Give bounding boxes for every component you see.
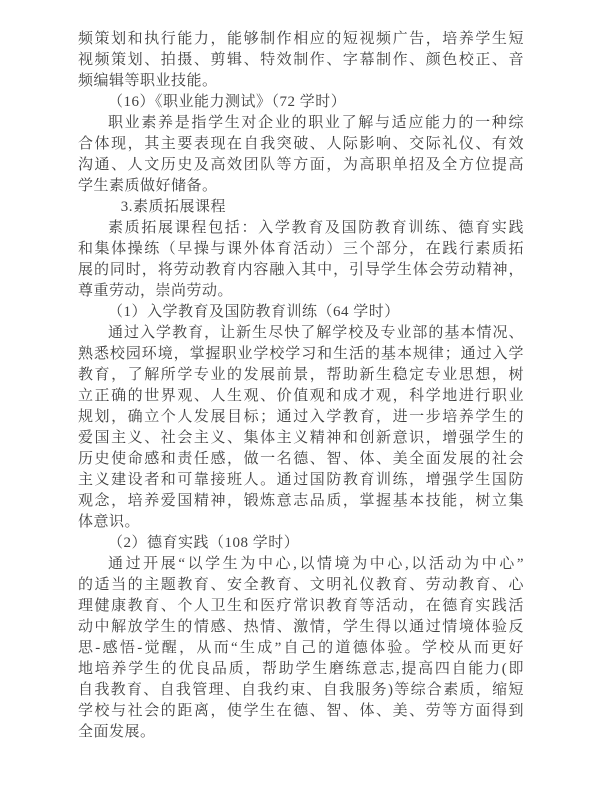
text-line: 素质拓展课程包括：入学教育及国防教育训练、德育实践 <box>78 218 524 239</box>
text-line: 观念，培养爱国精神，锻炼意志品质，掌握基本技能，树立集 <box>78 491 524 512</box>
text-line: 爱国主义、社会主义、集体主义精神和创新意识，增强学生的 <box>78 428 524 449</box>
text-line: 的适当的主题教育、安全教育、文明礼仪教育、劳动教育、心 <box>78 575 524 596</box>
text-line: 思-感悟-觉醒，从而“生成”自己的道德体验。学校从而更好 <box>78 638 524 659</box>
text-line-heading: （1）入学教育及国防教育训练（64 学时） <box>78 302 524 323</box>
text-line: 视频策划、拍摄、剪辑、特效制作、字幕制作、颜色校正、音 <box>78 50 524 71</box>
text-line: 学生素质做好储备。 <box>78 176 524 197</box>
text-line: 展的同时，将劳动教育内容融入其中，引导学生体会劳动精神， <box>78 260 524 281</box>
text-line: 全面发展。 <box>78 722 524 743</box>
text-line: 和集体操练（早操与课外体育活动）三个部分，在践行素质拓 <box>78 239 524 260</box>
text-line: 自我教育、自我管理、自我约束、自我服务)等综合素质，缩短 <box>78 680 524 701</box>
text-line: 地培养学生的优良品质，帮助学生磨练意志,提高四自能力(即 <box>78 659 524 680</box>
text-line: 教育，了解所学专业的发展前景，帮助新生稳定专业思想，树 <box>78 365 524 386</box>
text-line: 历史使命感和责任感，做一名德、智、体、美全面发展的社会 <box>78 449 524 470</box>
text-line: 职业素养是指学生对企业的职业了解与适应能力的一种综 <box>78 113 524 134</box>
text-line: 规划，确立个人发展目标；通过入学教育，进一步培养学生的 <box>78 407 524 428</box>
text-line: 体意识。 <box>78 512 524 533</box>
text-line-heading: 3.素质拓展课程 <box>78 197 524 218</box>
document-page: 频策划和执行能力，能够制作相应的短视频广告，培养学生短 视频策划、拍摄、剪辑、特… <box>0 0 600 800</box>
text-line: 动中解放学生的情感、热情、激情，学生得以通过情境体验反 <box>78 617 524 638</box>
text-line: 通过开展“以学生为中心,以情境为中心,以活动为中心” <box>78 554 524 575</box>
text-line: 尊重劳动，崇尚劳动。 <box>78 281 524 302</box>
text-line: 频策划和执行能力，能够制作相应的短视频广告，培养学生短 <box>78 29 524 50</box>
text-line: 通过入学教育，让新生尽快了解学校及专业部的基本情况、 <box>78 323 524 344</box>
text-line-heading: （2）德育实践（108 学时） <box>78 533 524 554</box>
text-line: 熟悉校园环境，掌握职业学校学习和生活的基本规律；通过入学 <box>78 344 524 365</box>
document-text-block: 频策划和执行能力，能够制作相应的短视频广告，培养学生短 视频策划、拍摄、剪辑、特… <box>78 29 524 743</box>
text-line: 主义建设者和可靠接班人。通过国防教育训练，增强学生国防 <box>78 470 524 491</box>
text-line: 频编辑等职业技能。 <box>78 71 524 92</box>
text-line: 合体现，其主要表现在自我突破、人际影响、交际礼仪、有效 <box>78 134 524 155</box>
text-line: 沟通、人文历史及高效团队等方面，为高职单招及全方位提高 <box>78 155 524 176</box>
text-line: 理健康教育、个人卫生和医疗常识教育等活动，在德育实践活 <box>78 596 524 617</box>
text-line-heading: （16）《职业能力测试》（72 学时） <box>78 92 524 113</box>
text-line: 学校与社会的距离，使学生在德、智、体、美、劳等方面得到 <box>78 701 524 722</box>
text-line: 立正确的世界观、人生观、价值观和成才观，科学地进行职业 <box>78 386 524 407</box>
